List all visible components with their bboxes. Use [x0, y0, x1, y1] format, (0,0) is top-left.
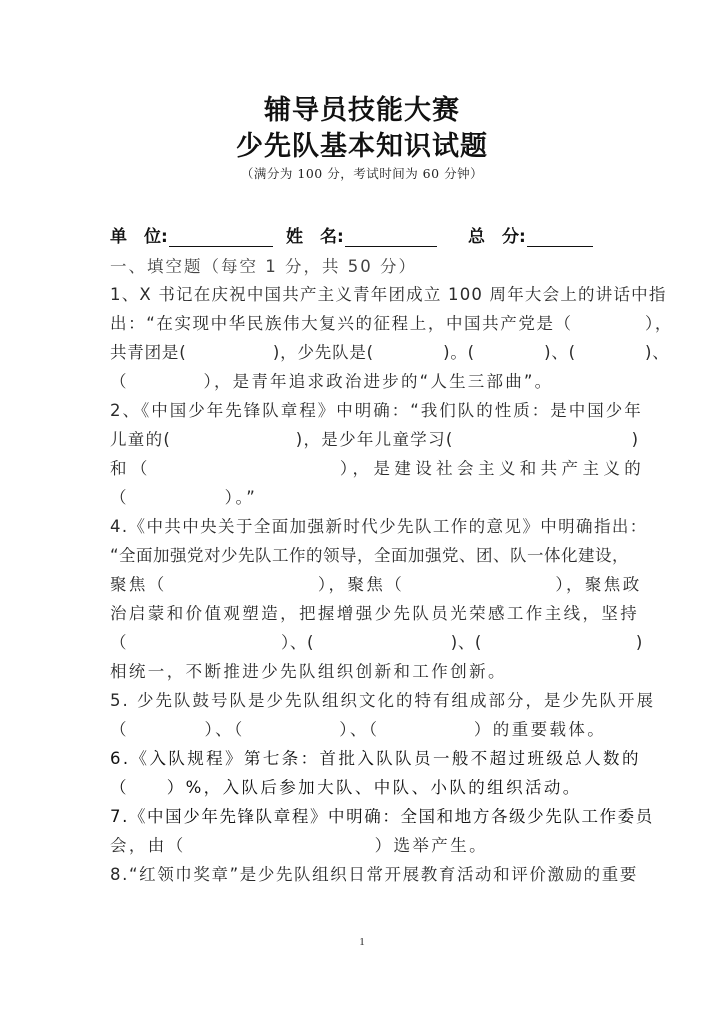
- question-7-line-2: 会，由（ ）选举产生。: [110, 832, 616, 861]
- question-1-line-4: （ ），是青年追求政治进步的“人生三部曲”。: [110, 368, 616, 397]
- question-1-line-1: 1、X 书记在庆祝中国共产主义青年团成立 100 周年大会上的讲话中指: [110, 281, 616, 310]
- question-4-line-2: “全面加强党对少先队工作的领导，全面加强党、团、队一体化建设，: [110, 542, 616, 571]
- unit-field[interactable]: 单 位:: [110, 222, 273, 247]
- page-number: 1: [0, 936, 724, 948]
- question-6-line-2: （ ）%，入队后参加大队、中队、小队的组织活动。: [110, 774, 616, 803]
- unit-blank[interactable]: [169, 228, 273, 247]
- question-2-line-2: 儿童的( )，是少年儿童学习( ): [110, 426, 616, 455]
- question-4-line-3: 聚焦（ ），聚焦（ ），聚焦政: [110, 571, 616, 600]
- document-title-line2: 少先队基本知识试题: [0, 124, 724, 163]
- name-label: 姓 名:: [286, 227, 344, 247]
- question-2-line-4: （ ）。”: [110, 484, 616, 513]
- question-1-line-2: 出：“在实现中华民族伟大复兴的征程上，中国共产党是（ ），: [110, 310, 616, 339]
- question-6-line-1: 6.《入队规程》第七条：首批入队队员一般不超过班级总人数的: [110, 745, 616, 774]
- question-2-line-3: 和（ ），是建设社会主义和共产主义的: [110, 455, 616, 484]
- exam-instructions: （满分为 100 分，考试时间为 60 分钟）: [0, 164, 724, 182]
- question-4-line-1: 4.《中共中央关于全面加强新时代少先队工作的意见》中明确指出：: [110, 513, 616, 542]
- section-heading-fill-in: 一、填空题（每空 1 分，共 50 分）: [110, 253, 417, 277]
- unit-label: 单 位:: [110, 227, 168, 247]
- question-4-line-5: （ ）、( )、( ): [110, 629, 616, 658]
- question-4-line-4: 治启蒙和价值观塑造，把握增强少先队员光荣感工作主线，坚持: [110, 600, 616, 629]
- name-blank[interactable]: [345, 228, 437, 247]
- question-7-line-1: 7.《中国少年先锋队章程》中明确：全国和地方各级少先队工作委员: [110, 803, 616, 832]
- name-field[interactable]: 姓 名:: [286, 222, 437, 247]
- question-8-line-1: 8.“红领巾奖章”是少先队组织日常开展教育活动和评价激励的重要: [110, 861, 616, 890]
- question-5-line-1: 5. 少先队鼓号队是少先队组织文化的特有组成部分，是少先队开展: [110, 687, 616, 716]
- document-title-line1: 辅导员技能大赛: [0, 88, 724, 127]
- document-page: 辅导员技能大赛 少先队基本知识试题 （满分为 100 分，考试时间为 60 分钟…: [0, 0, 724, 1024]
- question-4-line-6: 相统一，不断推进少先队组织创新和工作创新。: [110, 658, 616, 687]
- question-1-line-3: 共青团是( )，少先队是( )。( )、( )、: [110, 339, 616, 368]
- question-5-line-2: （ ）、（ ）、（ ）的重要载体。: [110, 716, 616, 745]
- total-score-blank[interactable]: [527, 228, 593, 247]
- total-score-label: 总 分:: [468, 227, 526, 247]
- candidate-info-row: 单 位: 姓 名: 总 分:: [110, 222, 620, 248]
- total-score-field[interactable]: 总 分:: [468, 222, 593, 247]
- question-2-line-1: 2、《中国少年先锋队章程》中明确：“我们队的性质：是中国少年: [110, 397, 616, 426]
